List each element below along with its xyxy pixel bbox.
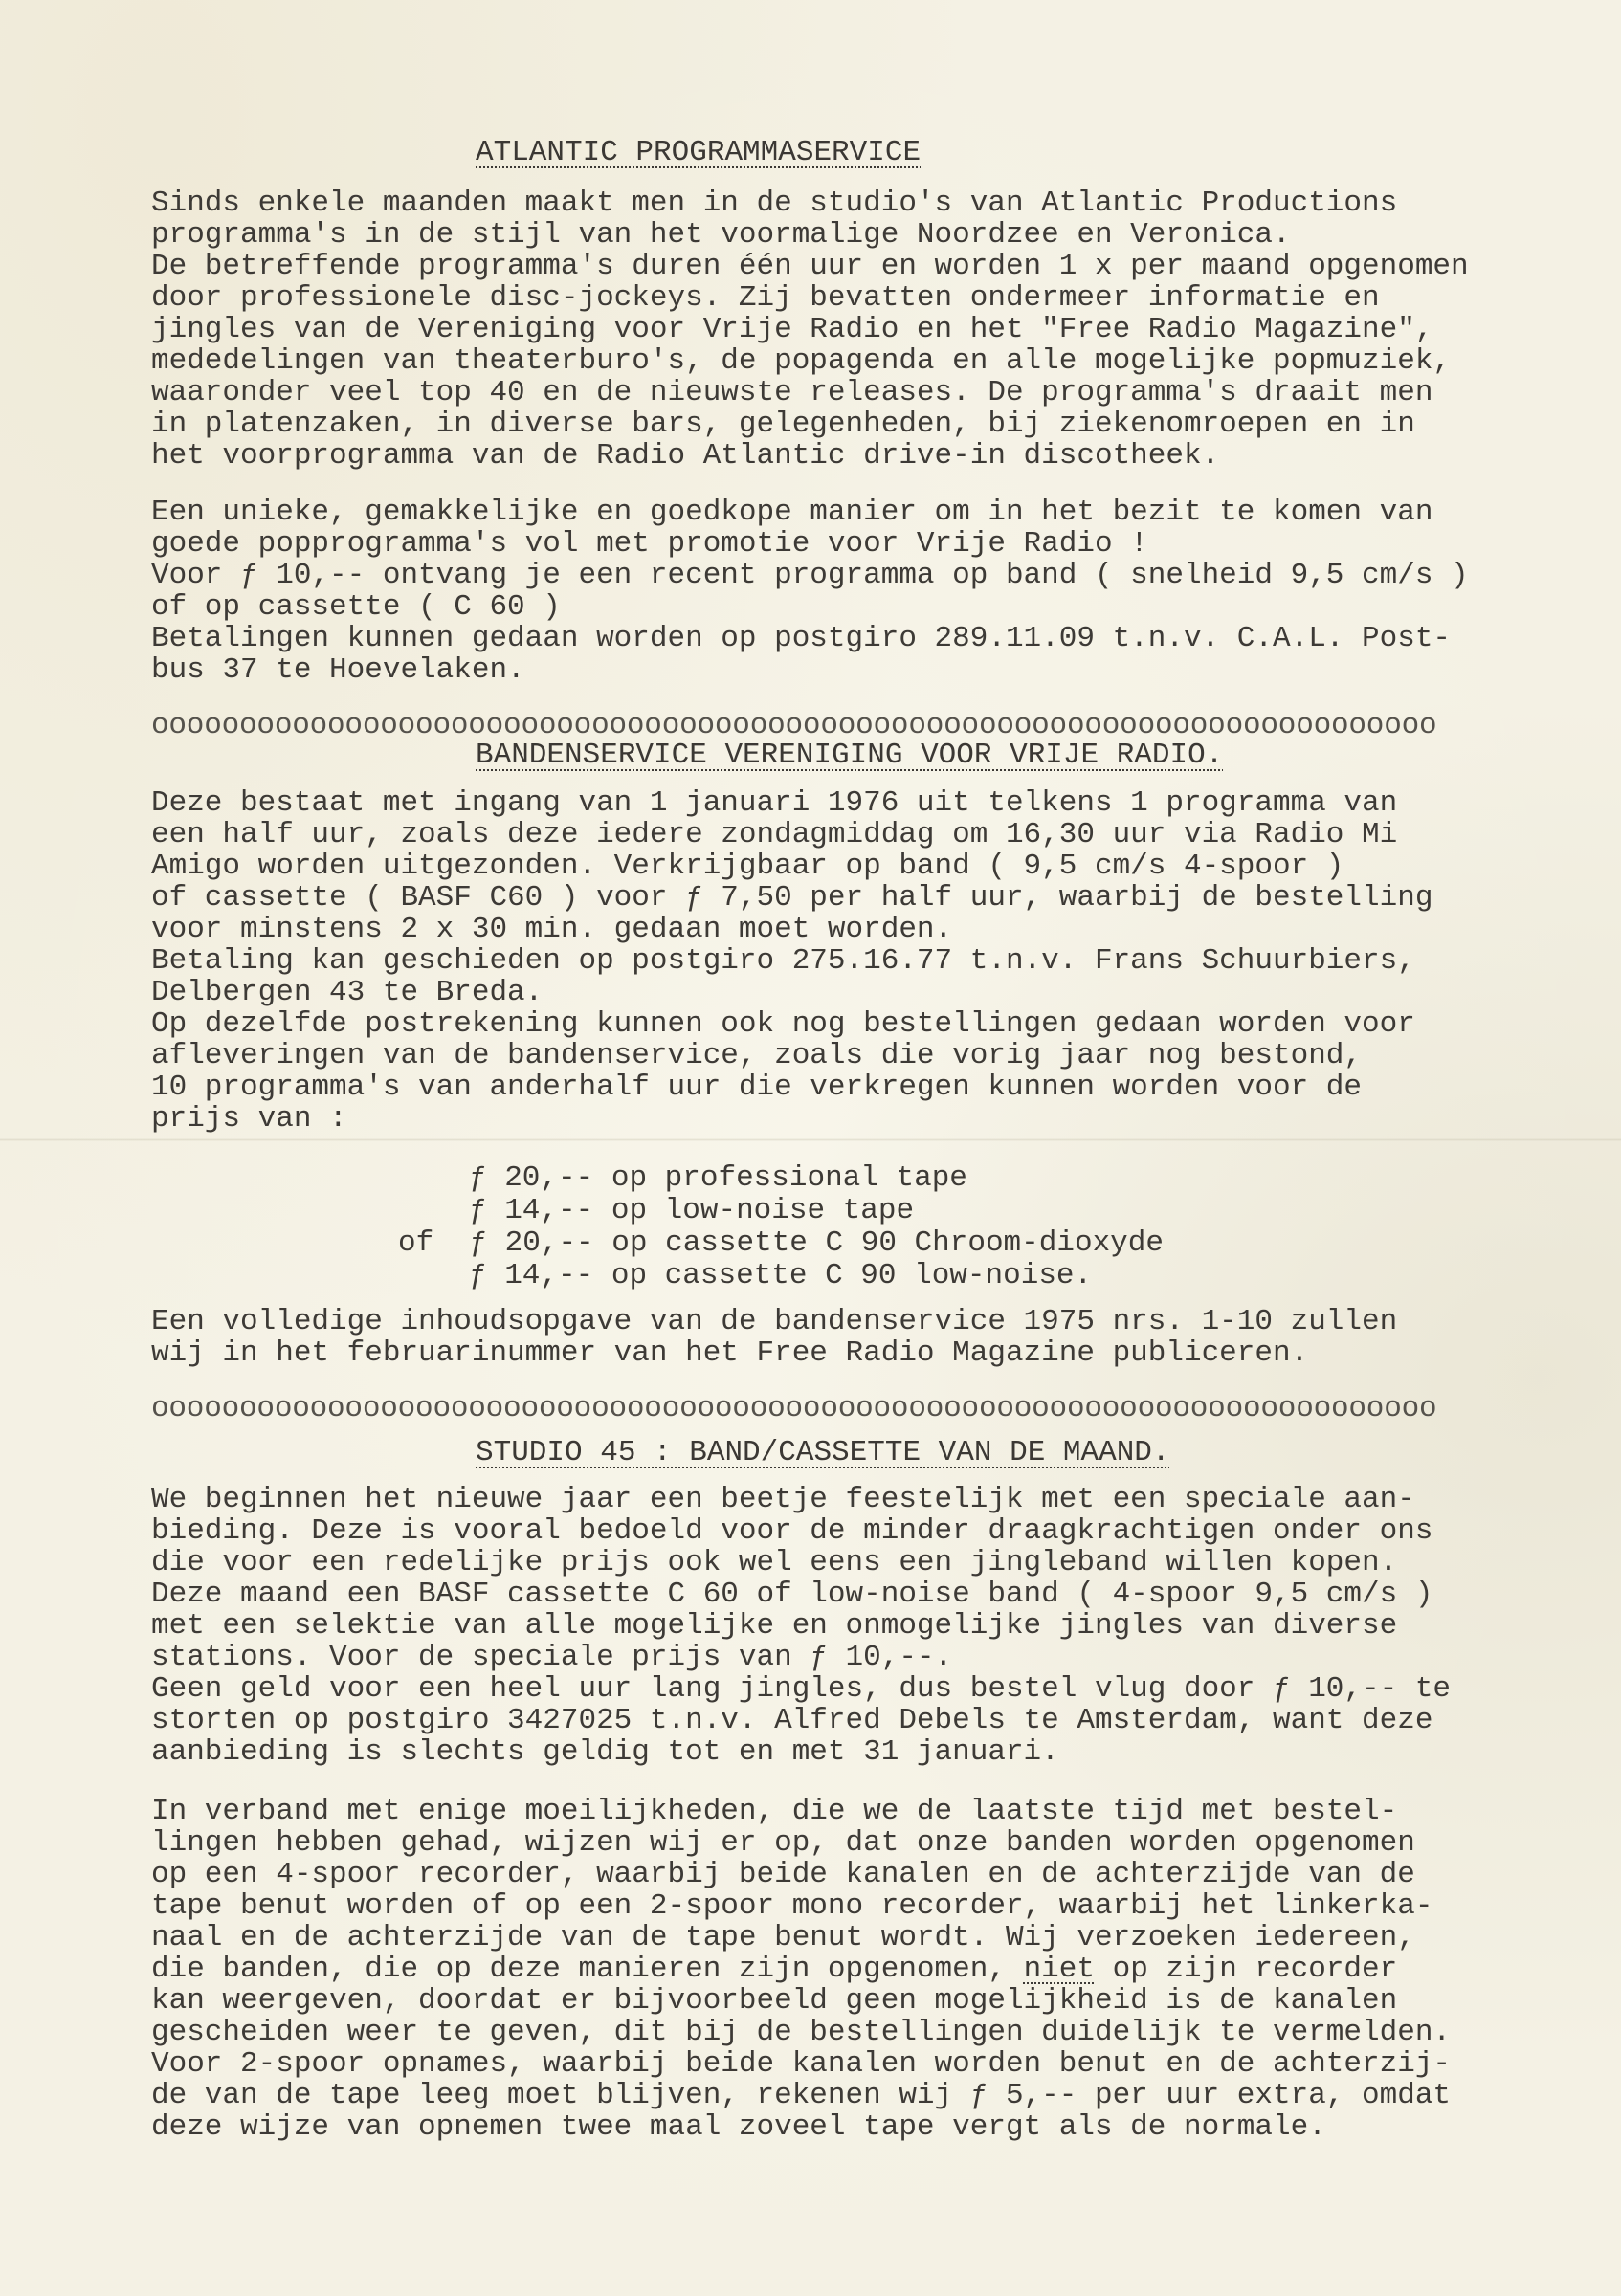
text-line: Voor ƒ 10,-- ontvang je een recent progr… bbox=[151, 560, 1469, 592]
text-line: Geen geld voor een heel uur lang jingles… bbox=[151, 1673, 1451, 1706]
price-item: op cassette C 90 low-noise. bbox=[611, 1259, 1092, 1292]
typewritten-page: ATLANTIC PROGRAMMASERVICE Sinds enkele m… bbox=[0, 0, 1621, 2296]
price-row: ƒ 14,-- op low-noise tape bbox=[469, 1195, 914, 1227]
text-line: jingles van de Vereniging voor Vrije Rad… bbox=[151, 314, 1432, 346]
text-line: Een volledige inhoudsopgave van de bande… bbox=[151, 1306, 1397, 1338]
text-line: Delbergen 43 te Breda. bbox=[151, 977, 543, 1009]
paper-fold-crease bbox=[0, 1138, 1621, 1141]
price-prefix: of bbox=[398, 1226, 433, 1260]
text-line: gescheiden weer te geven, dit bij de bes… bbox=[151, 2017, 1451, 2049]
text-line: aanbieding is slechts geldig tot en met … bbox=[151, 1736, 1059, 1769]
text-line: kan weergeven, doordat er bijvoorbeeld g… bbox=[151, 1985, 1397, 2018]
text-line: een half uur, zoals deze iedere zondagmi… bbox=[151, 819, 1397, 851]
text-line: Betalingen kunnen gedaan worden op postg… bbox=[151, 623, 1451, 655]
text-line: Op dezelfde postrekening kunnen ook nog … bbox=[151, 1008, 1415, 1041]
text-line: Amigo worden uitgezonden. Verkrijgbaar o… bbox=[151, 850, 1343, 883]
price-row: ƒ 20,-- op professional tape bbox=[469, 1162, 967, 1195]
section-title-studio45: STUDIO 45 : BAND/CASSETTE VAN DE MAAND. bbox=[476, 1437, 1170, 1469]
price-item: op low-noise tape bbox=[611, 1194, 914, 1227]
text-line: goede popprogramma's vol met promotie vo… bbox=[151, 528, 1148, 561]
text-line: afleveringen van de bandenservice, zoals… bbox=[151, 1040, 1362, 1072]
text-line: waaronder veel top 40 en de nieuwste rel… bbox=[151, 377, 1432, 409]
text-line: voor minstens 2 x 30 min. gedaan moet wo… bbox=[151, 914, 952, 946]
price-item: op cassette C 90 Chroom-dioxyde bbox=[611, 1226, 1164, 1260]
text-fragment: die banden, die op deze manieren zijn op… bbox=[151, 1953, 1024, 1986]
text-fragment: op zijn recorder bbox=[1095, 1953, 1397, 1986]
price-row: ƒ 14,-- op cassette C 90 low-noise. bbox=[469, 1260, 1092, 1292]
text-line: door professionele disc-jockeys. Zij bev… bbox=[151, 282, 1380, 315]
text-line: het voorprogramma van de Radio Atlantic … bbox=[151, 440, 1219, 473]
text-line: programma's in de stijl van het voormali… bbox=[151, 219, 1291, 252]
text-line: We beginnen het nieuwe jaar een beetje f… bbox=[151, 1484, 1415, 1516]
text-line: bus 37 te Hoevelaken. bbox=[151, 654, 525, 687]
text-line: mededelingen van theaterburo's, de popag… bbox=[151, 345, 1451, 378]
price-value: ƒ 14,-- bbox=[469, 1259, 593, 1292]
text-line: Een unieke, gemakkelijke en goedkope man… bbox=[151, 497, 1432, 529]
section-title-bandenservice: BANDENSERVICE VERENIGING VOOR VRIJE RADI… bbox=[476, 740, 1223, 772]
text-line-emphasis: die banden, die op deze manieren zijn op… bbox=[151, 1954, 1397, 1986]
text-line: of op cassette ( C 60 ) bbox=[151, 591, 561, 624]
text-line: storten op postgiro 3427025 t.n.v. Alfre… bbox=[151, 1705, 1432, 1737]
underlined-emphasis: niet bbox=[1024, 1953, 1095, 1986]
separator-line: oooooooooooooooooooooooooooooooooooooooo… bbox=[151, 710, 1436, 742]
price-row: of ƒ 20,-- op cassette C 90 Chroom-dioxy… bbox=[398, 1227, 1164, 1260]
price-value: ƒ 20,-- bbox=[469, 1161, 593, 1195]
text-line: stations. Voor de speciale prijs van ƒ 1… bbox=[151, 1642, 952, 1674]
price-value: ƒ 20,-- bbox=[469, 1226, 593, 1260]
text-line: wij in het februarinummer van het Free R… bbox=[151, 1337, 1308, 1370]
text-line: de van de tape leeg moet blijven, rekene… bbox=[151, 2080, 1451, 2112]
text-line: naal en de achterzijde van de tape benut… bbox=[151, 1922, 1415, 1954]
text-line: of cassette ( BASF C60 ) voor ƒ 7,50 per… bbox=[151, 882, 1432, 915]
text-line: prijs van : bbox=[151, 1103, 347, 1136]
text-line: Deze maand een BASF cassette C 60 of low… bbox=[151, 1578, 1432, 1611]
text-line: die voor een redelijke prijs ook wel een… bbox=[151, 1547, 1397, 1579]
price-item: op professional tape bbox=[611, 1161, 967, 1195]
text-line: Voor 2-spoor opnames, waarbij beide kana… bbox=[151, 2048, 1451, 2081]
section-title-atlantic: ATLANTIC PROGRAMMASERVICE bbox=[476, 137, 921, 169]
text-line: Deze bestaat met ingang van 1 januari 19… bbox=[151, 787, 1397, 820]
text-line: bieding. Deze is vooral bedoeld voor de … bbox=[151, 1515, 1432, 1548]
text-line: Sinds enkele maanden maakt men in de stu… bbox=[151, 188, 1397, 220]
separator-line: oooooooooooooooooooooooooooooooooooooooo… bbox=[151, 1393, 1436, 1425]
price-value: ƒ 14,-- bbox=[469, 1194, 593, 1227]
text-line: deze wijze van opnemen twee maal zoveel … bbox=[151, 2111, 1326, 2144]
text-line: tape benut worden of op een 2-spoor mono… bbox=[151, 1890, 1432, 1923]
text-line: De betreffende programma's duren één uur… bbox=[151, 251, 1469, 283]
text-line: In verband met enige moeilijkheden, die … bbox=[151, 1796, 1397, 1828]
text-line: met een selektie van alle mogelijke en o… bbox=[151, 1610, 1397, 1643]
text-line: in platenzaken, in diverse bars, gelegen… bbox=[151, 408, 1415, 441]
text-line: Betaling kan geschieden op postgiro 275.… bbox=[151, 945, 1415, 978]
text-line: 10 programma's van anderhalf uur die ver… bbox=[151, 1071, 1362, 1104]
text-line: lingen hebben gehad, wijzen wij er op, d… bbox=[151, 1827, 1415, 1860]
text-line: op een 4-spoor recorder, waarbij beide k… bbox=[151, 1859, 1415, 1891]
